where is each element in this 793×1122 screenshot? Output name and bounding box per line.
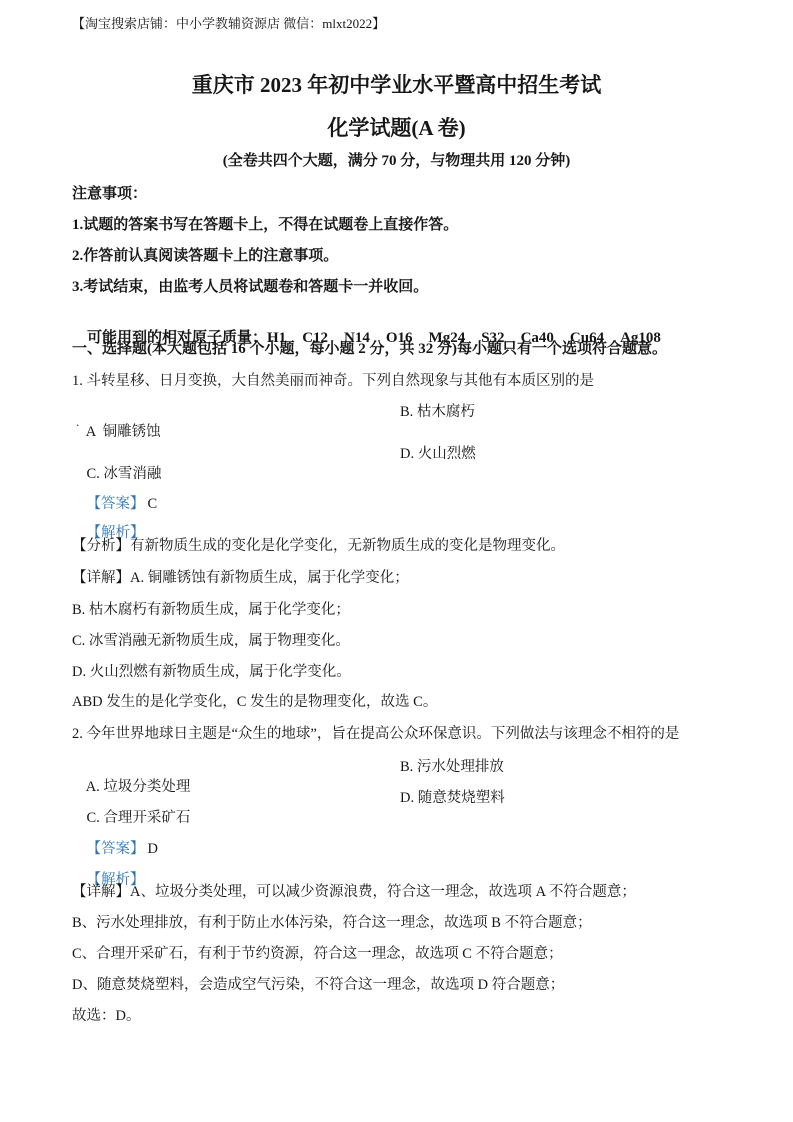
notice-item-2: 2.作答前认真阅读答题卡上的注意事项。 xyxy=(72,246,753,266)
exam-title: 重庆市 2023 年初中学业水平暨高中招生考试 xyxy=(0,72,793,98)
notice-item-1: 1.试题的答案书写在答题卡上，不得在试题卷上直接作答。 xyxy=(72,215,753,235)
shop-watermark: 【淘宝搜索店铺：中小学教辅资源店 微信：mlxt2022】 xyxy=(72,14,753,34)
q2-option-b: B. 污水处理排放 xyxy=(400,757,504,777)
notice-item-3: 3.考试结束，由监考人员将试题卷和答题卡一并收回。 xyxy=(72,277,753,297)
atomic-masses-line: 可能用到的相对原子质量：H1C12N14O16Mg24S32Ca40Cu64Ag… xyxy=(72,308,753,368)
q1-analysis-line: C. 冰雪消融无新物质生成，属于物理变化。 xyxy=(72,631,753,651)
q1-option-a: A 铜雕锈蚀 xyxy=(86,424,161,440)
exam-subtitle: 化学试题(A 卷) xyxy=(0,115,793,141)
exam-document-page: 【淘宝搜索店铺：中小学教辅资源店 微信：mlxt2022】 重庆市 2023 年… xyxy=(0,0,793,1122)
q1-option-b: B. 枯木腐朽 xyxy=(400,402,475,422)
q1-analysis-line: ABD 发生的是化学变化，C 发生的是物理变化，故选 C。 xyxy=(72,692,753,712)
q1-stem: 1. 斗转星移、日月变换，大自然美丽而神奇。下列自然现象与其他有本质区别的是 xyxy=(72,371,753,391)
q1-analysis-line: D. 火山烈燃有新物质生成，属于化学变化。 xyxy=(72,662,753,682)
q2-analysis-line: C、合理开采矿石，有利于节约资源，符合这一理念，故选项 C 不符合题意； xyxy=(72,944,753,964)
q2-analysis-line: 【详解】A、垃圾分类处理，可以减少资源浪费，符合这一理念，故选项 A 不符合题意… xyxy=(72,882,753,902)
q2-stem: 2. 今年世界地球日主题是“众生的地球”，旨在提高公众环保意识。下列做法与该理念… xyxy=(72,724,753,744)
q1-analysis-line: 【分析】有新物质生成的变化是化学变化，无新物质生成的变化是物理变化。 xyxy=(72,536,753,556)
q2-conclusion-line: 故选：D。 xyxy=(72,1006,753,1026)
q1-analysis-line: 【详解】A. 铜雕锈蚀有新物质生成，属于化学变化； xyxy=(72,568,753,588)
q2-analysis-line: B、污水处理排放，有利于防止水体污染，符合这一理念，故选项 B 不符合题意； xyxy=(72,913,753,933)
q1-analysis-line: B. 枯木腐朽有新物质生成，属于化学变化； xyxy=(72,600,753,620)
q1-option-d: D. 火山烈燃 xyxy=(400,444,476,464)
q2-analysis-line: D、随意焚烧塑料，会造成空气污染，不符合这一理念，故选项 D 符合题意； xyxy=(72,975,753,995)
stray-period-artifact: . xyxy=(76,417,79,427)
q2-option-d: D. 随意焚烧塑料 xyxy=(400,788,505,808)
section-1-heading: 一、选择题(本大题包括 16 个小题，每小题 2 分，共 32 分)每小题只有一… xyxy=(72,339,753,359)
notice-heading: 注意事项： xyxy=(72,184,753,204)
exam-meta: (全卷共四个大题，满分 70 分，与物理共用 120 分钟) xyxy=(0,151,793,171)
